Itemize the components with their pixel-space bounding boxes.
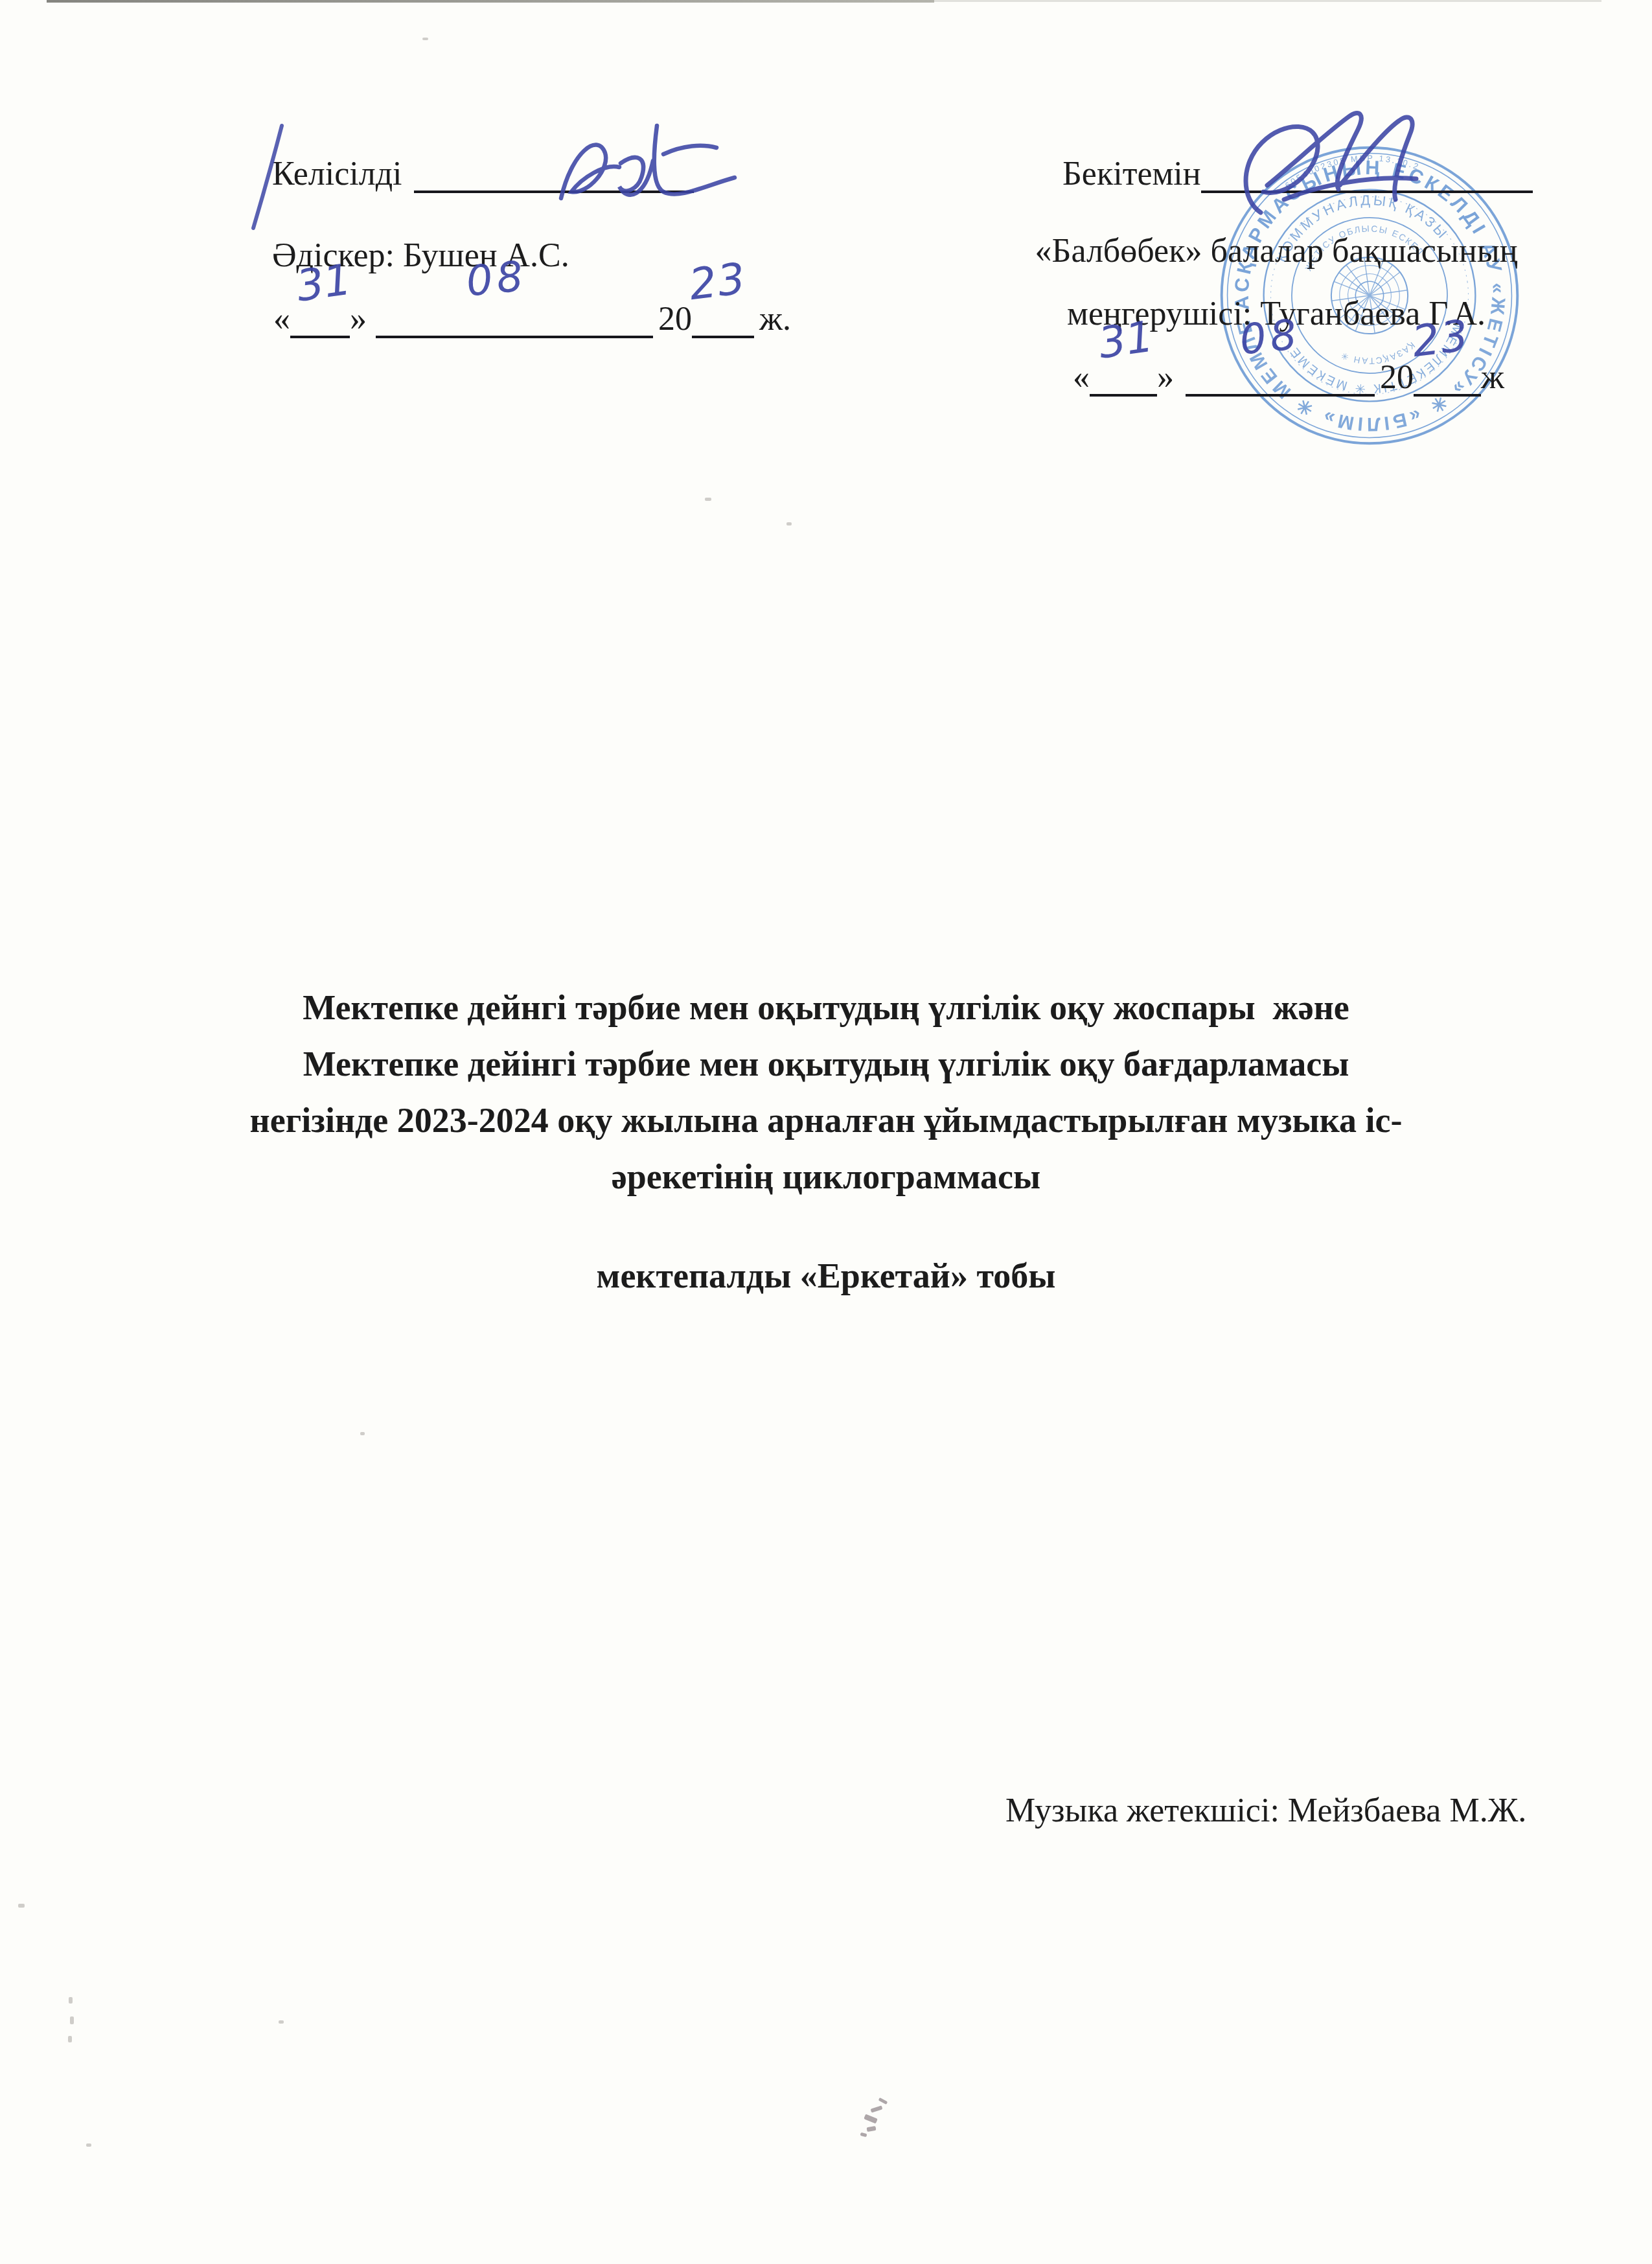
methodist-line: Әдіскер: Бушен А.С. <box>272 237 569 275</box>
date-row-right: « 31 » 08 20 23 ж <box>1073 358 1504 397</box>
year-prefix-right: 20 <box>1380 359 1414 397</box>
title-line-1: Мектепке дейнгі тәрбие мен оқытудың үлгі… <box>220 980 1432 1036</box>
ink-slash-mark <box>248 122 290 232</box>
signature-right <box>1222 102 1481 248</box>
quote-open: « <box>273 301 290 338</box>
title-line-4: әрекетінің циклограммасы <box>220 1149 1432 1205</box>
day-blank-right: 31 <box>1090 358 1157 397</box>
agreed-label: Келісілді <box>272 156 402 193</box>
document-page: 6054002308 МБР 13.10.2 БАСҚАРМАСЫНЫҢ ЕСК… <box>0 0 1652 2264</box>
date-suffix-left: ж. <box>759 301 791 338</box>
quote-close: » <box>350 301 367 338</box>
signature-left <box>543 115 763 229</box>
quote-close: » <box>1157 359 1174 397</box>
handwritten-year-left: 23 <box>687 255 749 309</box>
quote-open: « <box>1073 359 1090 397</box>
year-prefix-left: 20 <box>658 301 692 338</box>
month-blank-right: 08 <box>1186 358 1375 397</box>
title-line-2: Мектепке дейінгі тәрбие мен оқытудың үлг… <box>220 1036 1432 1092</box>
printed-text-layer: Келісілді Әдіскер: Бушен А.С. « 31 » 08 … <box>0 0 1652 2264</box>
year-blank-right: 23 <box>1414 358 1481 397</box>
date-row-left: « 31 » 08 20 23 ж. <box>273 299 791 338</box>
document-title: Мектепке дейнгі тәрбие мен оқытудың үлгі… <box>220 980 1432 1205</box>
approve-label: Бекітемін <box>1062 156 1201 193</box>
date-suffix-right: ж <box>1481 359 1504 397</box>
year-blank-left: 23 <box>692 299 754 338</box>
head-line: меңгерушісі: Туганбаева Г.А. <box>965 295 1587 333</box>
music-leader-credit: Музыка жетекшісі: Мейзбаева М.Ж. <box>1005 1792 1526 1830</box>
group-subtitle: мектепалды «Еркетай» тобы <box>220 1256 1432 1296</box>
title-line-3: негізінде 2023-2024 оқу жылына арналған … <box>220 1092 1432 1149</box>
month-blank-left: 08 <box>376 299 653 338</box>
day-blank-left: 31 <box>290 299 350 338</box>
